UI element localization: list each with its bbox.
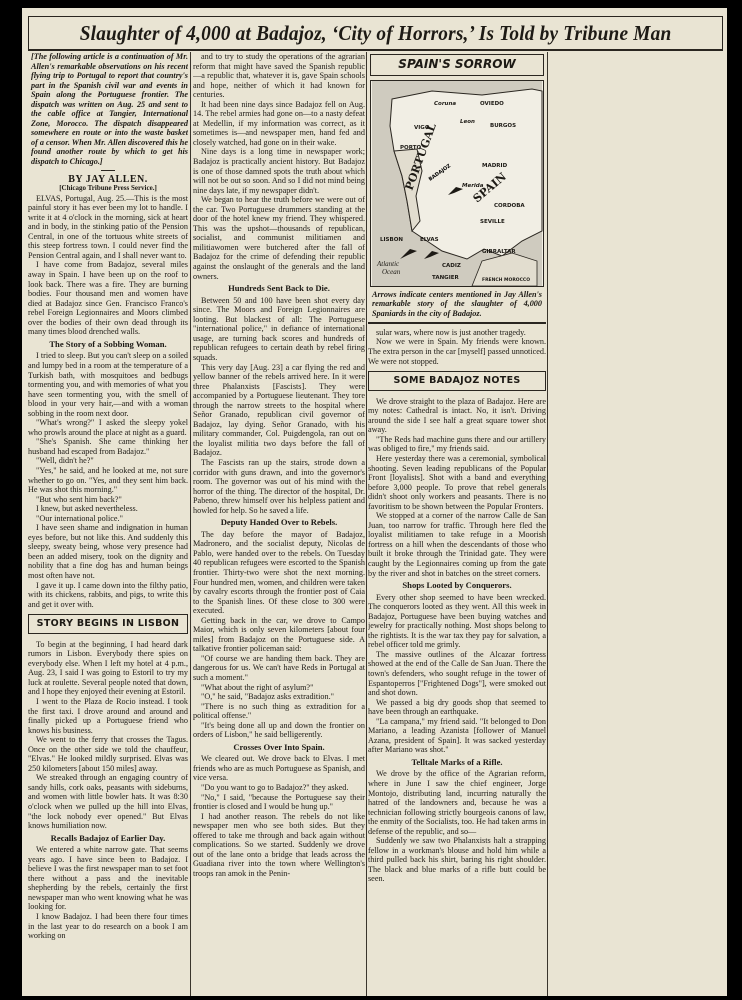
subheading: Recalls Badajoz of Earlier Day. (28, 834, 188, 844)
svg-text:BURGOS: BURGOS (490, 123, 516, 129)
svg-text:ELVAS: ELVAS (420, 237, 439, 243)
paragraph: We passed a big dry goods shop that seem… (368, 698, 546, 717)
paragraph: We began to hear the truth before we wer… (193, 195, 365, 281)
column-2: and to try to study the operations of th… (193, 52, 365, 994)
paragraph: "Our international police." (28, 514, 188, 524)
paragraph: I had another reason. The rebels do not … (193, 812, 365, 879)
column-rule (547, 52, 548, 996)
paragraph: "She's Spanish. She came thinking her hu… (28, 437, 188, 456)
subheading: Deputy Handed Over to Rebels. (193, 518, 365, 528)
paragraph: I know Badajoz. I had been there four ti… (28, 912, 188, 941)
svg-text:TANGIER: TANGIER (432, 275, 460, 281)
paragraph: sular wars, where now is just another tr… (368, 328, 546, 338)
paragraph: "La campana," my friend said. "It belong… (368, 717, 546, 755)
subheading: Telltale Marks of a Rifle. (368, 758, 546, 768)
column-3-map-notes: SPAIN'S SORROW Coruna OVIEDO VIGO Leon B… (368, 52, 546, 888)
paragraph: To begin at the beginning, I had heard d… (28, 640, 188, 697)
paragraph: and to try to study the operations of th… (193, 52, 365, 100)
svg-text:GIBRALTAR: GIBRALTAR (482, 249, 516, 255)
subheading: Hundreds Sent Back to Die. (193, 284, 365, 294)
paragraph: "But who sent him back?" (28, 495, 188, 505)
paragraph: Nine days is a long time in newspaper wo… (193, 147, 365, 195)
paragraph: We cleared out. We drove back to Elvas. … (193, 754, 365, 783)
paragraph: I gave it up. I came down into the filth… (28, 581, 188, 610)
subheading: Shops Looted by Conquerors. (368, 581, 546, 591)
paragraph: We entered a white narrow gate. That see… (28, 845, 188, 912)
paragraph: "What's wrong?" I asked the sleepy yokel… (28, 418, 188, 437)
paragraph: Here yesterday there was a ceremonial, s… (368, 454, 546, 511)
svg-text:CADIZ: CADIZ (442, 263, 461, 269)
paragraph: The day before the mayor of Badajoz, Mad… (193, 530, 365, 616)
paragraph: "It's being done all up and down the fro… (193, 721, 365, 740)
press-service: [Chicago Tribune Press Service.] (28, 184, 188, 194)
paragraph: We drove straight to the plaza of Badajo… (368, 397, 546, 435)
paragraph: I have come from Badajoz, several miles … (28, 260, 188, 336)
paragraph: We stopped at a corner of the narrow Cal… (368, 511, 546, 578)
map-label-coruna: Coruna (434, 101, 456, 107)
paragraph: "Of course we are handing them back. The… (193, 654, 365, 683)
map-title: SPAIN'S SORROW (370, 54, 544, 76)
paragraph: I tried to sleep. But you can't sleep on… (28, 351, 188, 418)
paragraph: "O," he said, "Badajoz asks extradition.… (193, 692, 365, 702)
byline: BY JAY ALLEN. (28, 175, 188, 185)
svg-text:SEVILLE: SEVILLE (480, 219, 505, 225)
section-box-heading: STORY BEGINS IN LISBON (28, 614, 188, 634)
paragraph: Getting back in the car, we drove to Cam… (193, 616, 365, 654)
column-rule (190, 52, 191, 996)
paragraph: I have seen shame and indignation in hum… (28, 523, 188, 580)
section-box-heading: SOME BADAJOZ NOTES (368, 371, 546, 391)
paragraph: This very day [Aug. 23] a car flying the… (193, 363, 365, 458)
paragraph: I knew, but asked nevertheless. (28, 504, 188, 514)
svg-text:OVIEDO: OVIEDO (480, 101, 504, 107)
paragraph: We drove by the office of the Agrarian r… (368, 769, 546, 836)
paragraph: It had been nine days since Badajoz fell… (193, 100, 365, 148)
svg-text:Leon: Leon (460, 119, 475, 125)
paragraph: "Do you want to go to Badajoz?" they ask… (193, 783, 365, 793)
paragraph: Now we were in Spain. My friends were kn… (368, 337, 546, 366)
paragraph: ELVAS, Portugal, Aug. 25.—This is the mo… (28, 194, 188, 261)
paragraph: Between 50 and 100 have been shot every … (193, 296, 365, 363)
map-of-spain: Coruna OVIEDO VIGO Leon BURGOS PORTO MAD… (370, 80, 544, 287)
paragraph: "No," I said, "because the Portuguese sa… (193, 793, 365, 812)
paragraph: We went to the ferry that crosses the Ta… (28, 735, 188, 773)
paragraph: "The Reds had machine guns there and our… (368, 435, 546, 454)
svg-text:MADRID: MADRID (482, 163, 508, 169)
svg-text:FRENCH MOROCCO: FRENCH MOROCCO (482, 277, 530, 283)
subheading: Crosses Over Into Spain. (193, 743, 365, 753)
paragraph: "Yes," he said, and he looked at me, not… (28, 466, 188, 495)
paragraph: I went to the Plaza de Rocio instead. I … (28, 697, 188, 735)
paragraph: Every other shop seemed to have been wre… (368, 593, 546, 650)
svg-text:Atlantic: Atlantic (376, 260, 400, 268)
subheading: The Story of a Sobbing Woman. (28, 340, 188, 350)
paragraph: The Fascists ran up the stairs, strode d… (193, 458, 365, 515)
paragraph: "There is no such thing as extradition f… (193, 702, 365, 721)
svg-text:LISBON: LISBON (380, 237, 403, 243)
svg-text:CORDOBA: CORDOBA (494, 203, 525, 209)
paragraph: "Well, didn't he?" (28, 456, 188, 466)
paragraph: Suddenly we saw two Phalanxists halt a s… (368, 836, 546, 884)
paragraph: The massive outlines of the Alcazar fort… (368, 650, 546, 698)
map-caption: Arrows indicate centers mentioned in Jay… (368, 287, 546, 324)
headline: Slaughter of 4,000 at Badajoz, ‘City of … (80, 21, 672, 46)
paragraph: "What about the right of asylum?" (193, 683, 365, 693)
spain-map-graphic: Coruna OVIEDO VIGO Leon BURGOS PORTO MAD… (371, 81, 543, 286)
column-1: [The following article is a continuation… (28, 52, 188, 994)
svg-text:Ocean: Ocean (382, 268, 401, 276)
editor-note: [The following article is a continuation… (28, 52, 188, 167)
paragraph: We streaked through an engaging country … (28, 773, 188, 830)
headline-box: Slaughter of 4,000 at Badajoz, ‘City of … (28, 16, 723, 51)
